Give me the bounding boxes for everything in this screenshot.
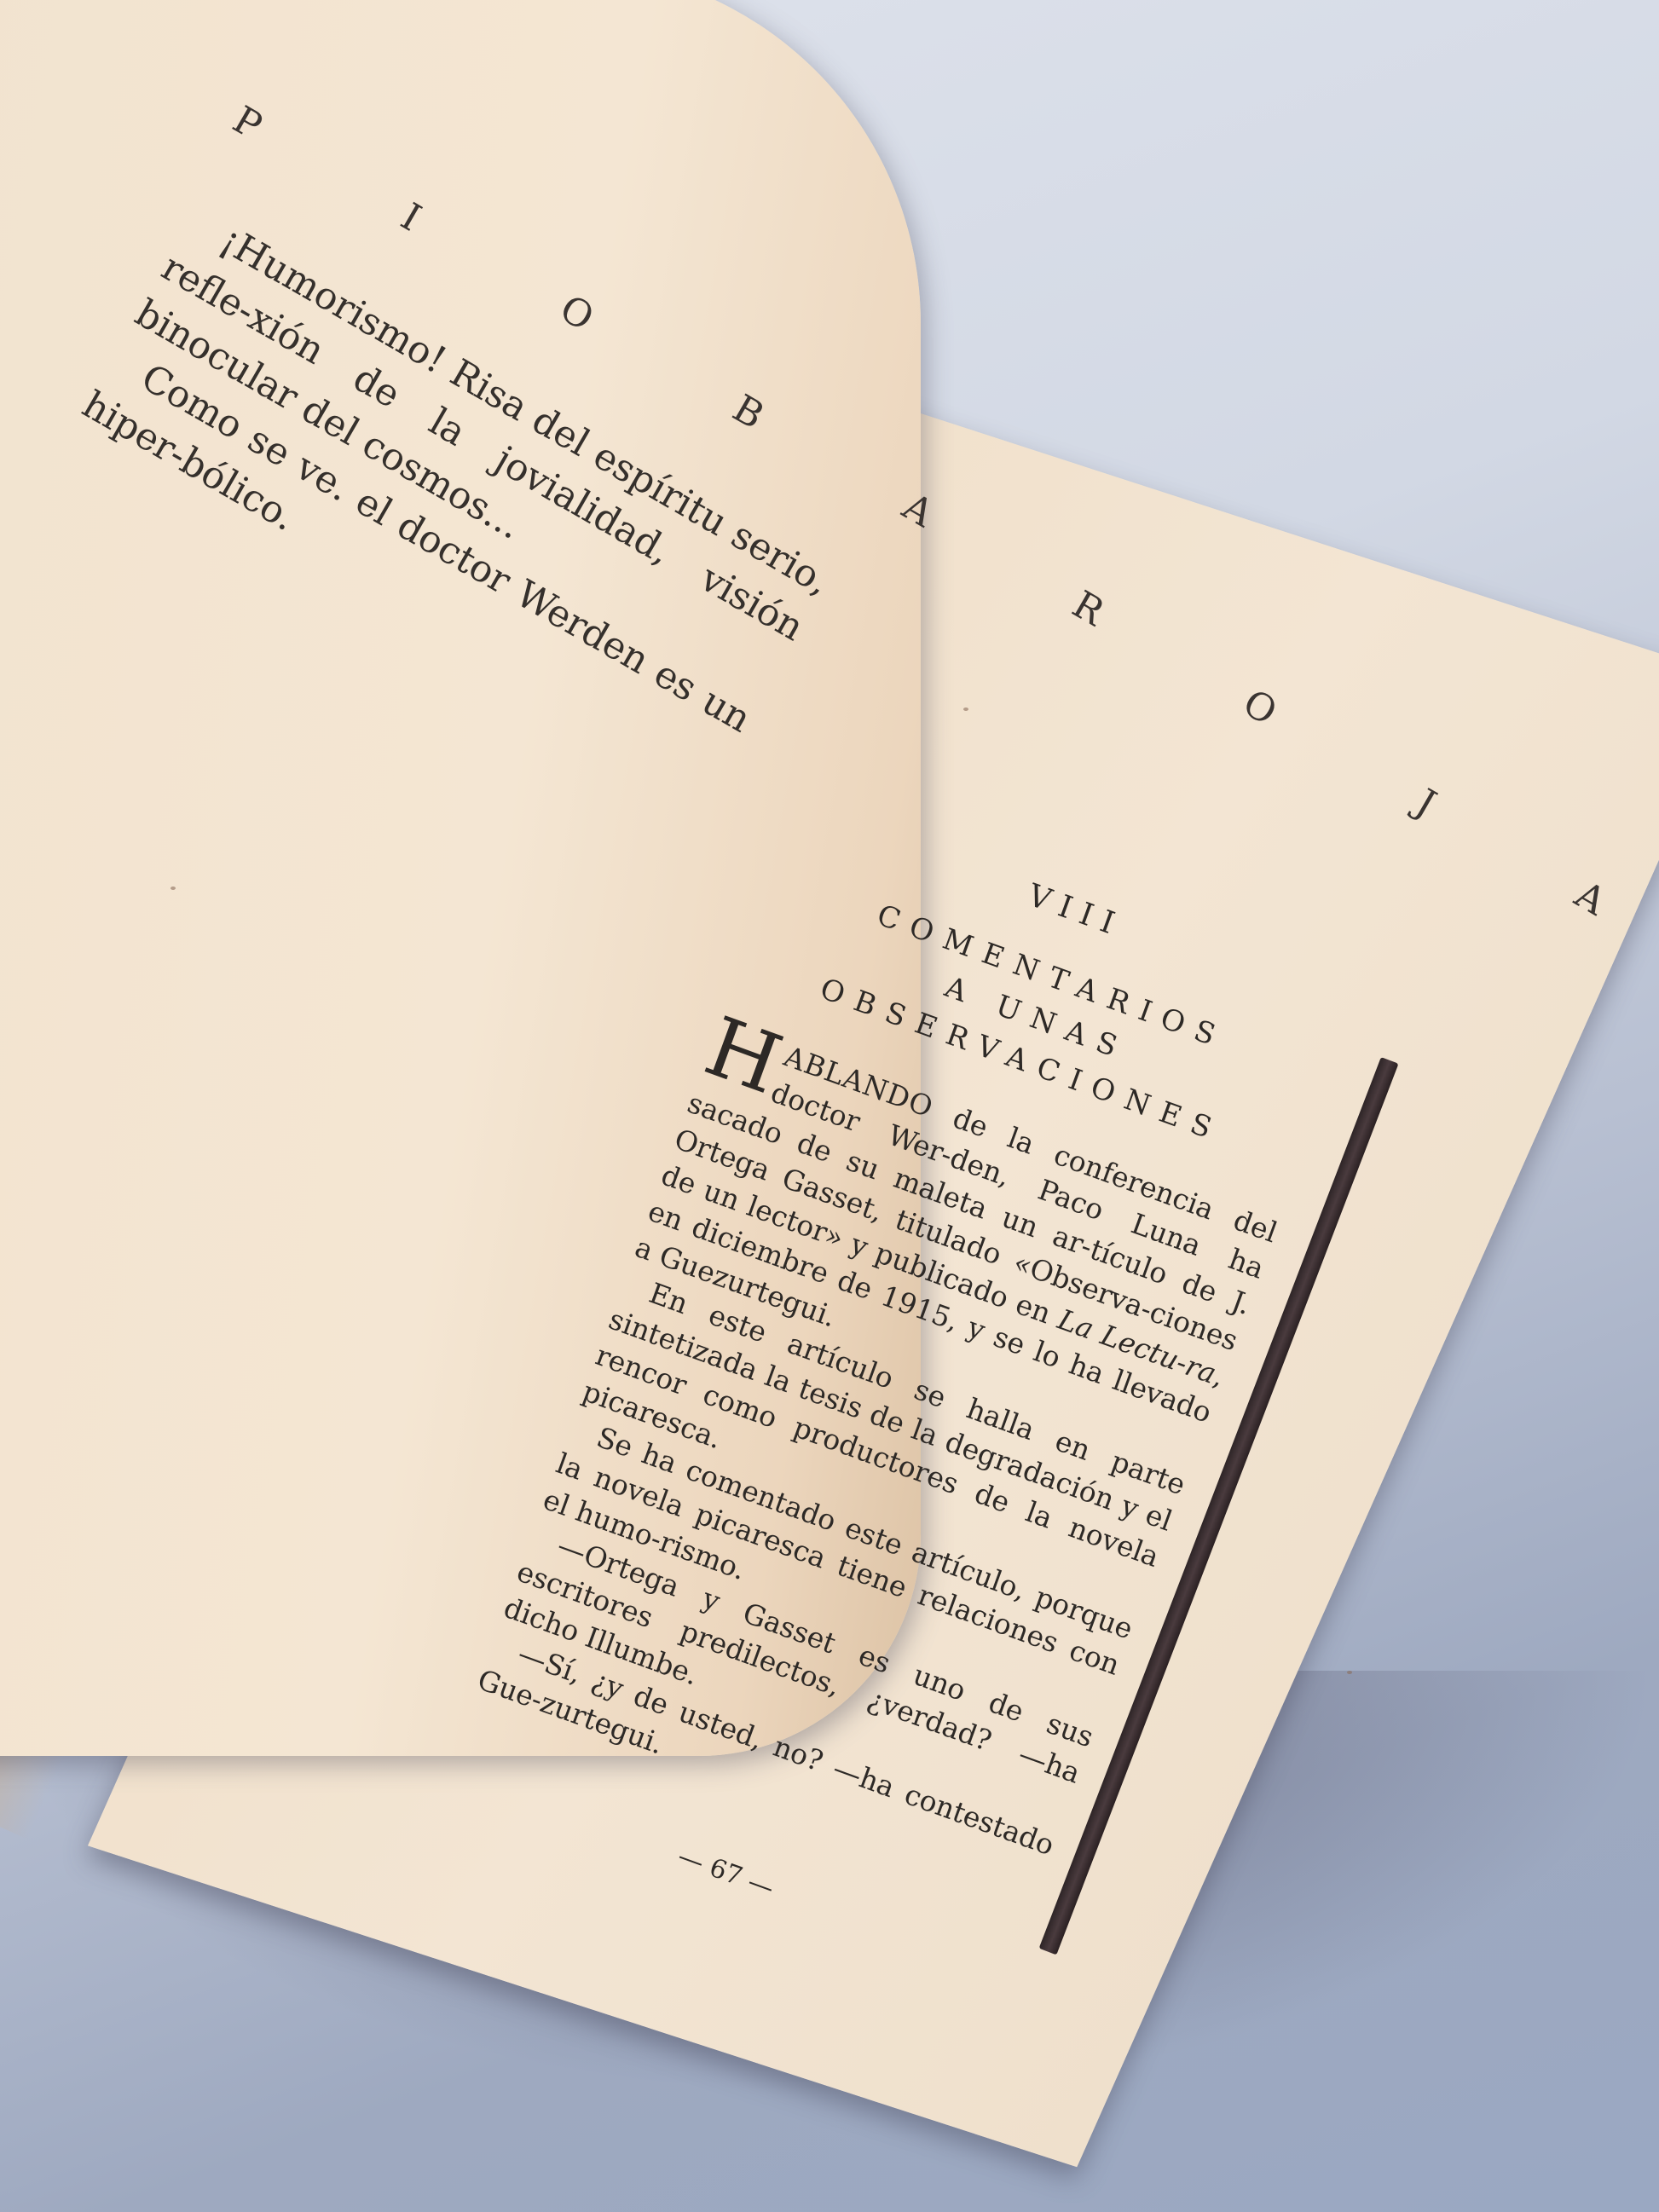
- paper-speck: [1347, 1671, 1352, 1674]
- paper-speck: [963, 707, 968, 711]
- paper-speck: [171, 887, 176, 890]
